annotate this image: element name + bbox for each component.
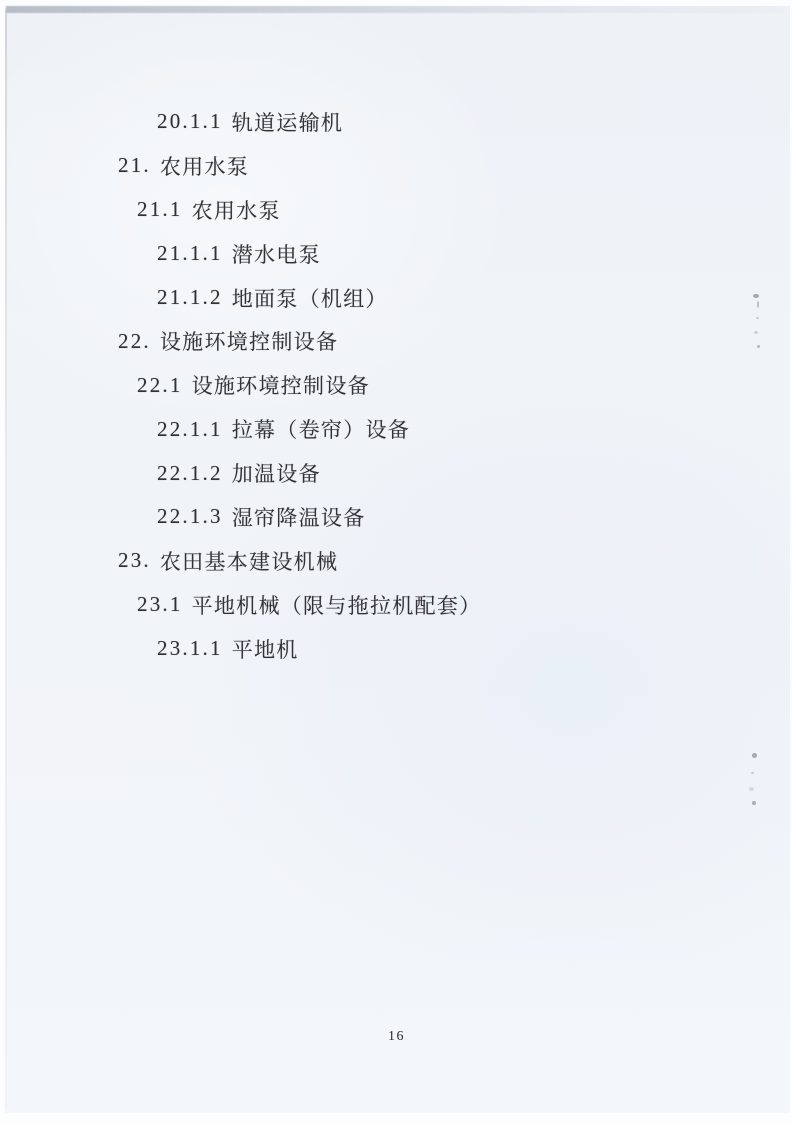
item-label: 平地机: [232, 634, 299, 664]
item-label: 设施环境控制设备: [192, 370, 370, 400]
item-number: 21.1.1: [157, 241, 223, 266]
scan-speck: [751, 772, 754, 774]
list-item: 20.1.1轨道运输机: [0, 100, 793, 144]
list-item: 21.1.2地面泵（机组）: [0, 276, 793, 320]
category-list: 20.1.1轨道运输机21.农用水泵21.1农用水泵21.1.1潜水电泵21.1…: [0, 100, 793, 671]
scan-speck: [752, 801, 756, 805]
list-item: 22.1.2加温设备: [0, 451, 793, 495]
item-label: 农用水泵: [192, 195, 281, 225]
scan-speck: [754, 331, 758, 334]
item-label: 潜水电泵: [232, 239, 321, 269]
list-item: 21.1.1潜水电泵: [0, 232, 793, 276]
item-label: 地面泵（机组）: [232, 283, 388, 313]
item-label: 加温设备: [232, 458, 321, 488]
item-number: 22.1.2: [157, 461, 223, 486]
list-item: 21.农用水泵: [0, 144, 793, 188]
list-item: 23.1平地机械（限与拖拉机配套）: [0, 583, 793, 627]
item-label: 拉幕（卷帘）设备: [232, 414, 410, 444]
list-item: 22.1.3湿帘降温设备: [0, 495, 793, 539]
item-number: 21.1.2: [157, 285, 223, 310]
item-label: 平地机械（限与拖拉机配套）: [192, 590, 482, 620]
list-item: 23.农田基本建设机械: [0, 539, 793, 583]
scan-speck: [757, 345, 760, 348]
item-label: 设施环境控制设备: [160, 326, 338, 356]
item-label: 轨道运输机: [232, 107, 344, 137]
item-number: 23.1: [137, 592, 183, 617]
item-label: 农用水泵: [160, 151, 249, 181]
scan-speck: [757, 301, 759, 308]
item-number: 21.1: [137, 197, 183, 222]
item-number: 21.: [118, 153, 151, 178]
item-number: 23.: [118, 548, 151, 573]
item-label: 农田基本建设机械: [160, 546, 338, 576]
scan-speck: [753, 294, 759, 298]
item-number: 22.1.1: [157, 417, 223, 442]
list-item: 22.设施环境控制设备: [0, 319, 793, 363]
item-number: 22.: [118, 329, 151, 354]
item-label: 湿帘降温设备: [232, 502, 366, 532]
scan-speck: [752, 753, 757, 758]
page-number: 16: [0, 1029, 793, 1045]
list-item: 23.1.1平地机: [0, 627, 793, 671]
item-number: 23.1.1: [157, 636, 223, 661]
list-item: 22.1设施环境控制设备: [0, 363, 793, 407]
item-number: 20.1.1: [157, 109, 223, 134]
list-item: 22.1.1拉幕（卷帘）设备: [0, 407, 793, 451]
scan-speck: [756, 317, 759, 319]
list-item: 21.1农用水泵: [0, 188, 793, 232]
item-number: 22.1.3: [157, 504, 223, 529]
scan-speck: [749, 787, 754, 791]
item-number: 22.1: [137, 373, 183, 398]
scan-edge-top: [6, 6, 785, 13]
